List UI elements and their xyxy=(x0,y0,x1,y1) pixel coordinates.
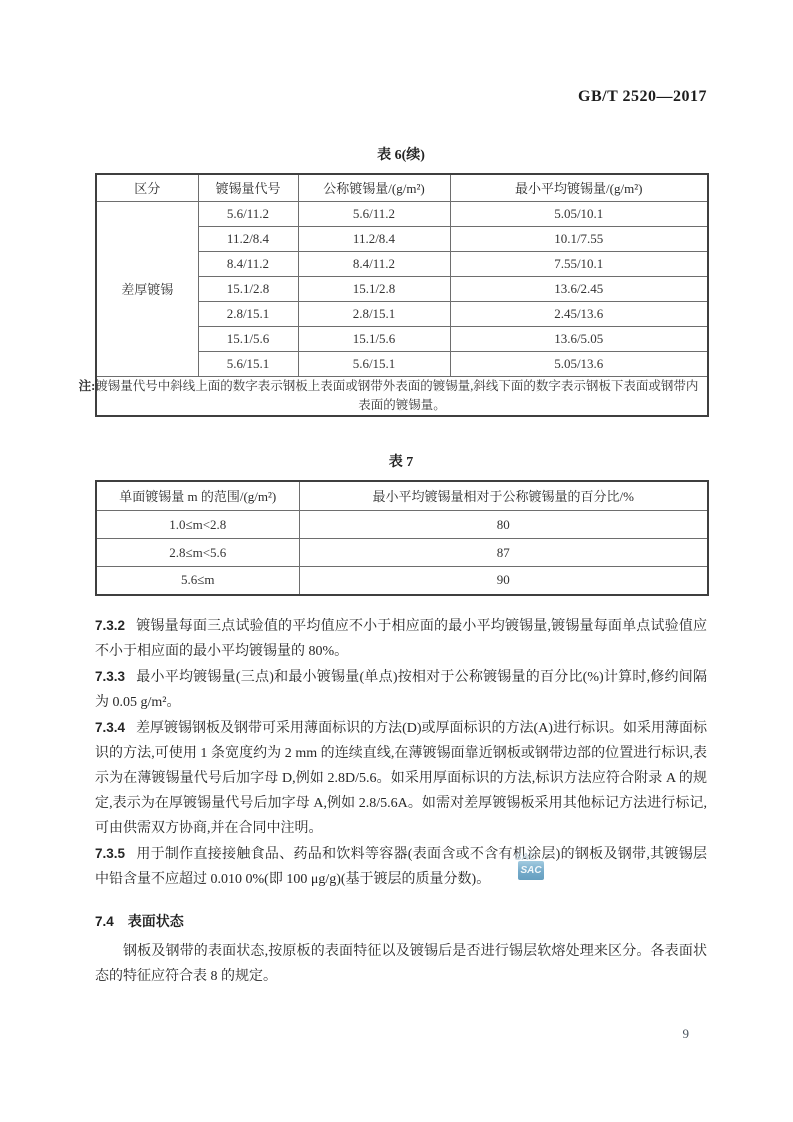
section-text: 用于制作直接接触食品、药品和饮料等容器(表面含或不含有机涂层)的钢板及钢带,其镀… xyxy=(95,847,707,887)
table6-cell-code: 15.1/2.8 xyxy=(198,276,298,301)
section-7-3-5: 7.3.5用于制作直接接触食品、药品和饮料等容器(表面含或不含有机涂层)的钢板及… xyxy=(95,841,707,892)
table6-cell-min-avg: 13.6/2.45 xyxy=(450,276,708,301)
table-row: 1.0≤m<2.8 80 xyxy=(96,511,708,539)
section-7-4-paragraph: 钢板及钢带的表面状态,按原板的表面特征以及镀锡后是否进行锡层软熔处理来区分。各表… xyxy=(95,939,707,989)
table6-cell-nominal: 5.6/11.2 xyxy=(298,201,450,226)
section-text: 差厚镀锡钢板及钢带可采用薄面标识的方法(D)或厚面标识的方法(A)进行标识。如采… xyxy=(95,721,707,836)
section-7-3-3: 7.3.3最小平均镀锡量(三点)和最小镀锡量(单点)按相对于公称镀锡量的百分比(… xyxy=(95,664,707,715)
page-number: 9 xyxy=(683,1026,690,1042)
table6-cell-code: 2.8/15.1 xyxy=(198,301,298,326)
table6-cell-code: 11.2/8.4 xyxy=(198,226,298,251)
section-text: 最小平均镀锡量(三点)和最小镀锡量(单点)按相对于公称镀锡量的百分比(%)计算时… xyxy=(95,670,707,710)
table6-cell-min-avg: 10.1/7.55 xyxy=(450,226,708,251)
table6-title: 表 6(续) xyxy=(95,144,707,164)
table6-header-code: 镀锡量代号 xyxy=(198,174,298,201)
table6-cell-nominal: 15.1/2.8 xyxy=(298,276,450,301)
table-row: 差厚镀锡 5.6/11.2 5.6/11.2 5.05/10.1 xyxy=(96,201,708,226)
table6-header-category: 区分 xyxy=(96,174,198,201)
table-row: 2.8≤m<5.6 87 xyxy=(96,539,708,567)
note-label: 注: xyxy=(79,379,96,393)
table6-cell-nominal: 15.1/5.6 xyxy=(298,326,450,351)
table6-header-min-avg: 最小平均镀锡量/(g/m²) xyxy=(450,174,708,201)
table7-cell-percent: 90 xyxy=(299,567,708,595)
section-heading-text: 表面状态 xyxy=(128,913,184,929)
table7-header-percent: 最小平均镀锡量相对于公称镀锡量的百分比/% xyxy=(299,481,708,511)
table6-cell-code: 8.4/11.2 xyxy=(198,251,298,276)
table7: 单面镀锡量 m 的范围/(g/m²) 最小平均镀锡量相对于公称镀锡量的百分比/%… xyxy=(95,480,709,596)
table6-cell-min-avg: 5.05/10.1 xyxy=(450,201,708,226)
section-text: 镀锡量每面三点试验值的平均值应不小于相应面的最小平均镀锡量,镀锡量每面单点试验值… xyxy=(95,619,707,659)
page-content: GB/T 2520—2017 表 6(续) 区分 镀锡量代号 公称镀锡量/(g/… xyxy=(0,0,793,989)
table6-cell-code: 5.6/15.1 xyxy=(198,351,298,376)
section-number: 7.4 xyxy=(95,914,114,929)
table7-header-range: 单面镀锡量 m 的范围/(g/m²) xyxy=(96,481,299,511)
table6-cell-min-avg: 13.6/5.05 xyxy=(450,326,708,351)
table6-note-row: 注:镀锡量代号中斜线上面的数字表示钢板上表面或钢带外表面的镀锡量,斜线下面的数字… xyxy=(96,376,708,416)
standard-code-header: GB/T 2520—2017 xyxy=(95,0,707,106)
table6-cell-nominal: 2.8/15.1 xyxy=(298,301,450,326)
table7-cell-range: 1.0≤m<2.8 xyxy=(96,511,299,539)
section-number: 7.3.3 xyxy=(95,669,125,684)
table6-header-nominal: 公称镀锡量/(g/m²) xyxy=(298,174,450,201)
table7-cell-percent: 87 xyxy=(299,539,708,567)
table6-cell-nominal: 11.2/8.4 xyxy=(298,226,450,251)
table7-title: 表 7 xyxy=(95,451,707,471)
table6-note: 注:镀锡量代号中斜线上面的数字表示钢板上表面或钢带外表面的镀锡量,斜线下面的数字… xyxy=(96,376,708,416)
table6-cell-min-avg: 7.55/10.1 xyxy=(450,251,708,276)
table6: 区分 镀锡量代号 公称镀锡量/(g/m²) 最小平均镀锡量/(g/m²) 差厚镀… xyxy=(95,173,709,417)
table6-cell-code: 5.6/11.2 xyxy=(198,201,298,226)
table6-cell-min-avg: 5.05/13.6 xyxy=(450,351,708,376)
table7-cell-range: 2.8≤m<5.6 xyxy=(96,539,299,567)
document-page: GB/T 2520—2017 表 6(续) 区分 镀锡量代号 公称镀锡量/(g/… xyxy=(0,0,793,1122)
body-paragraphs: 7.3.2镀锡量每面三点试验值的平均值应不小于相应面的最小平均镀锡量,镀锡量每面… xyxy=(95,613,707,989)
note-text: 镀锡量代号中斜线上面的数字表示钢板上表面或钢带外表面的镀锡量,斜线下面的数字表示… xyxy=(95,379,698,412)
table6-cell-min-avg: 2.45/13.6 xyxy=(450,301,708,326)
section-heading-7-4: 7.4表面状态 xyxy=(95,909,707,934)
section-7-3-4: 7.3.4差厚镀锡钢板及钢带可采用薄面标识的方法(D)或厚面标识的方法(A)进行… xyxy=(95,715,707,841)
section-7-3-2: 7.3.2镀锡量每面三点试验值的平均值应不小于相应面的最小平均镀锡量,镀锡量每面… xyxy=(95,613,707,664)
section-number: 7.3.2 xyxy=(95,618,125,633)
table6-cell-nominal: 8.4/11.2 xyxy=(298,251,450,276)
table-row: 5.6≤m 90 xyxy=(96,567,708,595)
table7-cell-range: 5.6≤m xyxy=(96,567,299,595)
table6-header-row: 区分 镀锡量代号 公称镀锡量/(g/m²) 最小平均镀锡量/(g/m²) xyxy=(96,174,708,201)
section-number: 7.3.4 xyxy=(95,720,125,735)
table6-group-label: 差厚镀锡 xyxy=(96,201,198,376)
table6-cell-code: 15.1/5.6 xyxy=(198,326,298,351)
table7-cell-percent: 80 xyxy=(299,511,708,539)
table7-header-row: 单面镀锡量 m 的范围/(g/m²) 最小平均镀锡量相对于公称镀锡量的百分比/% xyxy=(96,481,708,511)
table6-cell-nominal: 5.6/15.1 xyxy=(298,351,450,376)
section-number: 7.3.5 xyxy=(95,846,125,861)
